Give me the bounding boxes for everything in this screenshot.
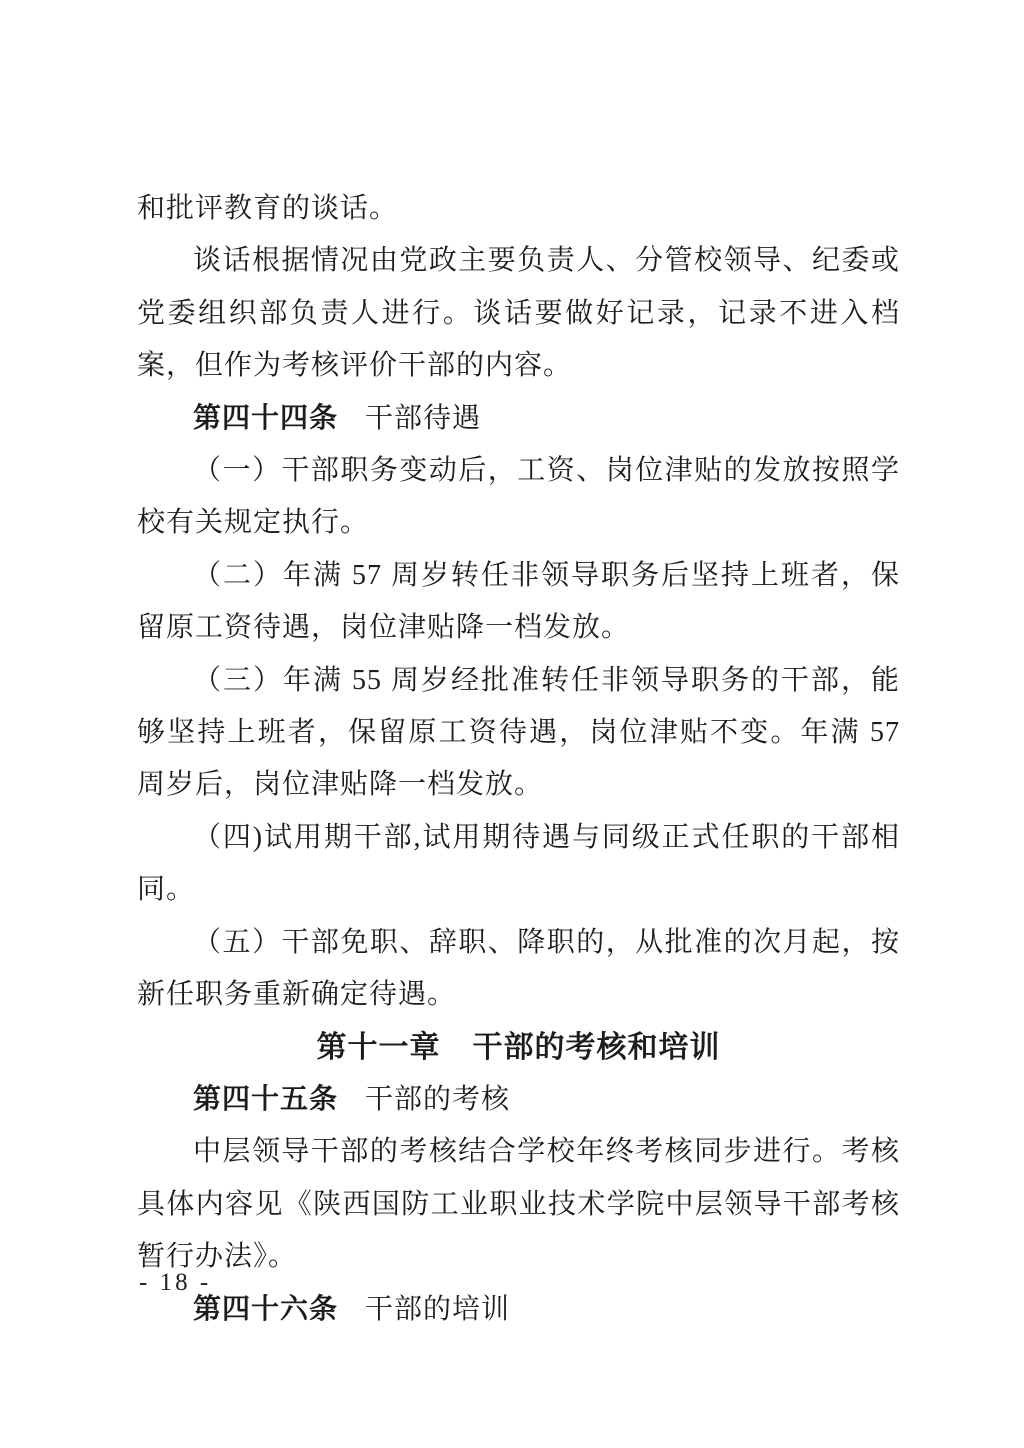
paragraph-continuation: 和批评教育的谈话。 xyxy=(137,183,900,235)
list-item-1: （一）干部职务变动后，工资、岗位津贴的发放按照学校有关规定执行。 xyxy=(137,445,900,550)
paragraph: 中层领导干部的考核结合学校年终考核同步进行。考核具体内容见《陕西国防工业职业技术… xyxy=(137,1126,900,1283)
article-title: 干部的考核 xyxy=(365,1084,510,1115)
article-number: 第四十六条 xyxy=(193,1294,338,1325)
article-heading-46: 第四十六条干部的培训 xyxy=(137,1284,900,1336)
article-number: 第四十四条 xyxy=(193,403,338,434)
chapter-heading: 第十一章干部的考核和培训 xyxy=(137,1022,900,1074)
list-item-2: （二）年满 57 周岁转任非领导职务后坚持上班者，保留原工资待遇，岗位津贴降一档… xyxy=(137,550,900,655)
article-title: 干部的培训 xyxy=(365,1294,510,1325)
list-item-5: （五）干部免职、辞职、降职的，从批准的次月起，按新任职务重新确定待遇。 xyxy=(137,917,900,1022)
page-number: - 18 - xyxy=(139,1266,211,1300)
article-heading-44: 第四十四条干部待遇 xyxy=(137,393,900,445)
article-heading-45: 第四十五条干部的考核 xyxy=(137,1074,900,1126)
paragraph: 谈话根据情况由党政主要负责人、分管校领导、纪委或党委组织部负责人进行。谈话要做好… xyxy=(137,235,900,392)
article-number: 第四十五条 xyxy=(193,1084,338,1115)
list-item-4: （四)试用期干部,试用期待遇与同级正式任职的干部相同。 xyxy=(137,812,900,917)
article-title: 干部待遇 xyxy=(365,403,481,434)
chapter-title: 干部的考核和培训 xyxy=(473,1031,721,1064)
document-page: 和批评教育的谈话。 谈话根据情况由党政主要负责人、分管校领导、纪委或党委组织部负… xyxy=(0,0,1024,1448)
list-item-3: （三）年满 55 周岁经批准转任非领导职务的干部，能够坚持上班者，保留原工资待遇… xyxy=(137,655,900,812)
chapter-number: 第十一章 xyxy=(317,1031,441,1064)
document-body: 和批评教育的谈话。 谈话根据情况由党政主要负责人、分管校领导、纪委或党委组织部负… xyxy=(137,183,900,1336)
